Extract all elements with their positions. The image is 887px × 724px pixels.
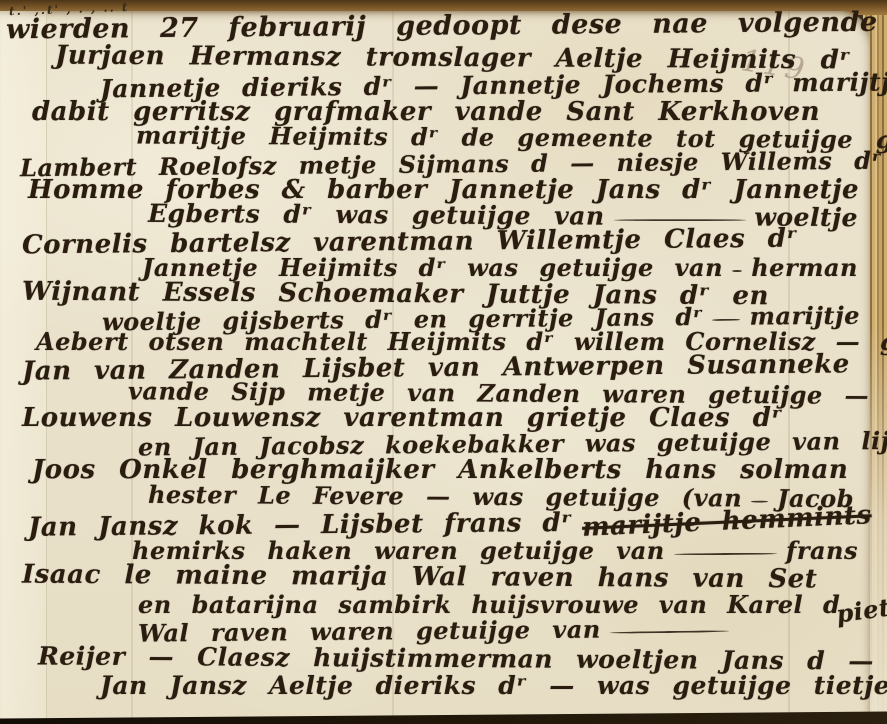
dash-leader-line: [751, 500, 768, 502]
manuscript-line: en batarijna sambirk huijsvrouwe van Kar…: [138, 592, 840, 617]
line-right-word: frans: [786, 538, 858, 563]
line-right-word: marijtje: [749, 303, 860, 329]
manuscript-page: t.' ,.t' , . , .. t 119 wierden 27 febru…: [0, 0, 887, 724]
manuscript-line: hemirks haken waren getuijge van frans: [132, 538, 858, 563]
dash-leader-line: [712, 318, 740, 320]
dash-leader-line: [732, 270, 742, 272]
dash-leader-line: [614, 219, 746, 221]
line-text: hester Le Fevere — was getuijge (van: [148, 482, 742, 511]
line-text: Jannetje Heijmits dʳ was getuijge van: [142, 255, 723, 280]
line-text: Wal raven waren getuijge van: [138, 617, 601, 646]
manuscript-line: Wal raven waren getuijge van: [138, 615, 738, 645]
line-text: hemirks haken waren getuijge van: [132, 538, 665, 563]
manuscript-line: Isaac le maine marija Wal raven hans van…: [22, 562, 817, 594]
line-right-word: herman: [751, 255, 858, 280]
manuscript-line: Jannetje Heijmits dʳ was getuijge van he…: [142, 255, 858, 280]
dash-leader-line: [610, 630, 729, 634]
manuscript-line: Jan Jansz Aeltje dieriks dʳ — was getuij…: [100, 673, 887, 699]
dash-leader-line: [674, 552, 777, 555]
line-right-word: marijtje: [792, 69, 887, 96]
